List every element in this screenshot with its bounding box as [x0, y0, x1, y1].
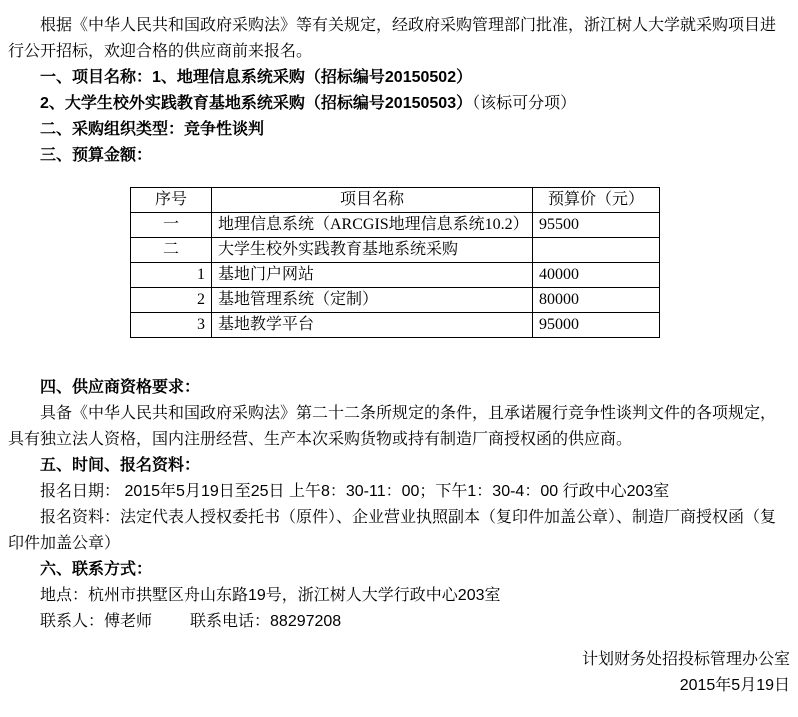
section-4-title: 四、供应商资格要求：	[8, 375, 791, 401]
row-budget-price: 40000	[533, 263, 660, 288]
signature-block: 计划财务处招投标管理办公室 2015年5月19日	[8, 647, 791, 699]
header-seq: 序号	[131, 188, 212, 213]
row-seq: 2	[131, 288, 212, 313]
section-5-title: 五、时间、报名资料：	[8, 453, 791, 479]
contact-line: 联系人：傅老师联系电话：88297208	[8, 609, 791, 635]
section-2-title: 二、采购组织类型：竞争性谈判	[8, 117, 791, 143]
contact-phone: 联系电话：88297208	[190, 613, 341, 630]
intro-paragraph: 根据《中华人民共和国政府采购法》等有关规定，经政府采购管理部门批准，浙江树人大学…	[8, 13, 791, 65]
document-page: 根据《中华人民共和国政府采购法》等有关规定，经政府采购管理部门批准，浙江树人大学…	[0, 0, 798, 717]
row-budget-price: 95500	[533, 213, 660, 238]
section-1-item-2-note: （该标可分项）	[472, 95, 576, 112]
row-seq: 3	[131, 313, 212, 338]
table-row: 一 地理信息系统（ARCGIS地理信息系统10.2） 95500	[131, 213, 660, 238]
registration-materials-line: 报名资料：法定代表人授权委托书（原件）、企业营业执照副本（复印件加盖公章）、制造…	[8, 505, 791, 557]
row-seq: 二	[131, 238, 212, 263]
row-seq: 1	[131, 263, 212, 288]
row-project-name: 大学生校外实践教育基地系统采购	[212, 238, 533, 263]
row-project-name: 基地教学平台	[212, 313, 533, 338]
section-1-item-2: 2、大学生校外实践教育基地系统采购（招标编号20150503）（该标可分项）	[8, 91, 791, 117]
section-6-title: 六、联系方式：	[8, 557, 791, 583]
section-3-title: 三、预算金额：	[8, 143, 791, 169]
table-row: 1 基地门户网站 40000	[131, 263, 660, 288]
address-line: 地点：杭州市拱墅区舟山东路19号，浙江树人大学行政中心203室	[8, 583, 791, 609]
row-budget-price	[533, 238, 660, 263]
section-4-body: 具备《中华人民共和国政府采购法》第二十二条所规定的条件，且承诺履行竞争性谈判文件…	[8, 401, 791, 453]
header-project-name: 项目名称	[212, 188, 533, 213]
registration-date-line: 报名日期： 2015年5月19日至25日 上午8：30-11：00；下午1：30…	[8, 479, 791, 505]
issuing-office: 计划财务处招投标管理办公室	[8, 647, 790, 673]
contact-person: 联系人：傅老师	[40, 613, 152, 630]
row-project-name: 基地管理系统（定制）	[212, 288, 533, 313]
row-budget-price: 80000	[533, 288, 660, 313]
table-row: 2 基地管理系统（定制） 80000	[131, 288, 660, 313]
table-row: 二 大学生校外实践教育基地系统采购	[131, 238, 660, 263]
section-1-title: 一、项目名称：1、地理信息系统采购（招标编号20150502）	[8, 65, 791, 91]
row-budget-price: 95000	[533, 313, 660, 338]
table-header-row: 序号 项目名称 预算价（元）	[131, 188, 660, 213]
row-project-name: 地理信息系统（ARCGIS地理信息系统10.2）	[212, 213, 533, 238]
row-seq: 一	[131, 213, 212, 238]
issue-date: 2015年5月19日	[8, 673, 790, 699]
budget-table: 序号 项目名称 预算价（元） 一 地理信息系统（ARCGIS地理信息系统10.2…	[130, 187, 660, 338]
section-1-item-2-text: 2、大学生校外实践教育基地系统采购（招标编号20150503）	[40, 95, 472, 112]
row-project-name: 基地门户网站	[212, 263, 533, 288]
header-budget-price: 预算价（元）	[533, 188, 660, 213]
table-row: 3 基地教学平台 95000	[131, 313, 660, 338]
